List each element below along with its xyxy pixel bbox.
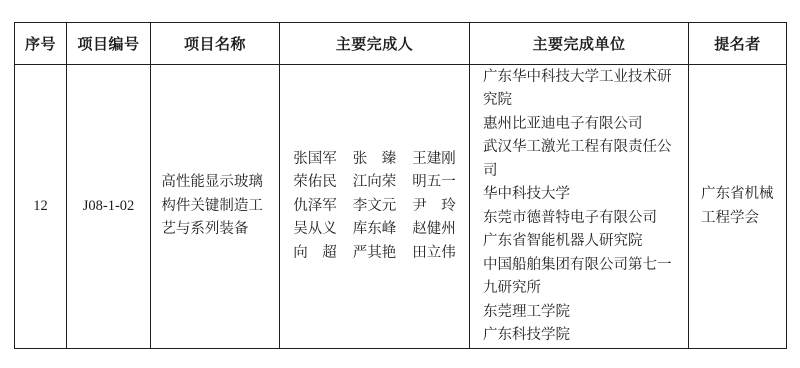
table-header-row: 序号 项目编号 项目名称 主要完成人 主要完成单位 提名者 [15, 23, 787, 65]
cell-serial: 12 [15, 65, 67, 349]
completer-name: 仇泽军 [293, 195, 337, 219]
completer-name: 尹 玲 [412, 195, 456, 219]
cell-project-code: J08-1-02 [67, 65, 151, 349]
unit-item: 广东省智能机器人研究院 [470, 230, 688, 254]
completers-line: 吴从义 库东峰 赵健州 [280, 218, 469, 242]
completers-line: 仇泽军 李文元 尹 玲 [280, 195, 469, 219]
nominator-text: 广东省机械工程学会 [689, 183, 786, 230]
cell-completers: 张国军 张 臻 王建刚 荣佑民 江向荣 明五一 仇泽军 李文元 尹 玲 [280, 65, 470, 349]
document-canvas: 序号 项目编号 项目名称 主要完成人 主要完成单位 提名者 12 J08-1-0… [0, 0, 800, 368]
unit-item: 广东科技学院 [470, 324, 688, 348]
header-serial: 序号 [15, 23, 67, 65]
project-name-text: 高性能显示玻璃构件关键制造工艺与系列装备 [161, 171, 268, 242]
award-table: 序号 项目编号 项目名称 主要完成人 主要完成单位 提名者 12 J08-1-0… [14, 22, 787, 349]
header-project-code: 项目编号 [67, 23, 151, 65]
table-row: 12 J08-1-02 高性能显示玻璃构件关键制造工艺与系列装备 张国军 张 臻… [15, 65, 787, 349]
unit-item: 东莞理工学院 [470, 301, 688, 325]
header-project-name: 项目名称 [151, 23, 280, 65]
header-completers: 主要完成人 [280, 23, 470, 65]
completer-name: 明五一 [412, 171, 456, 195]
header-nominator: 提名者 [689, 23, 787, 65]
completer-name: 向 超 [293, 242, 337, 266]
completers-line: 向 超 严其艳 田立伟 [280, 242, 469, 266]
cell-project-name: 高性能显示玻璃构件关键制造工艺与系列装备 [151, 65, 280, 349]
unit-item: 广东华中科技大学工业技术研究院 [470, 66, 688, 113]
completer-name: 荣佑民 [293, 171, 337, 195]
completer-name: 李文元 [353, 195, 397, 219]
completer-name: 江向荣 [353, 171, 397, 195]
completer-name: 赵健州 [412, 218, 456, 242]
completers-line: 荣佑民 江向荣 明五一 [280, 171, 469, 195]
unit-item: 中国船舶集团有限公司第七一九研究所 [470, 254, 688, 301]
cell-nominator: 广东省机械工程学会 [689, 65, 787, 349]
completer-name: 田立伟 [412, 242, 456, 266]
unit-item: 华中科技大学 [470, 183, 688, 207]
completer-name: 张 臻 [353, 148, 397, 172]
unit-item: 武汉华工激光工程有限责任公司 [470, 136, 688, 183]
completer-name: 张国军 [293, 148, 337, 172]
header-units: 主要完成单位 [470, 23, 689, 65]
unit-item: 惠州比亚迪电子有限公司 [470, 113, 688, 137]
completer-name: 库东峰 [353, 218, 397, 242]
unit-item: 东莞市德普特电子有限公司 [470, 207, 688, 231]
cell-units: 广东华中科技大学工业技术研究院 惠州比亚迪电子有限公司 武汉华工激光工程有限责任… [470, 65, 689, 349]
completer-name: 严其艳 [353, 242, 397, 266]
completer-name: 吴从义 [293, 218, 337, 242]
completers-line: 张国军 张 臻 王建刚 [280, 148, 469, 172]
completer-name: 王建刚 [412, 148, 456, 172]
